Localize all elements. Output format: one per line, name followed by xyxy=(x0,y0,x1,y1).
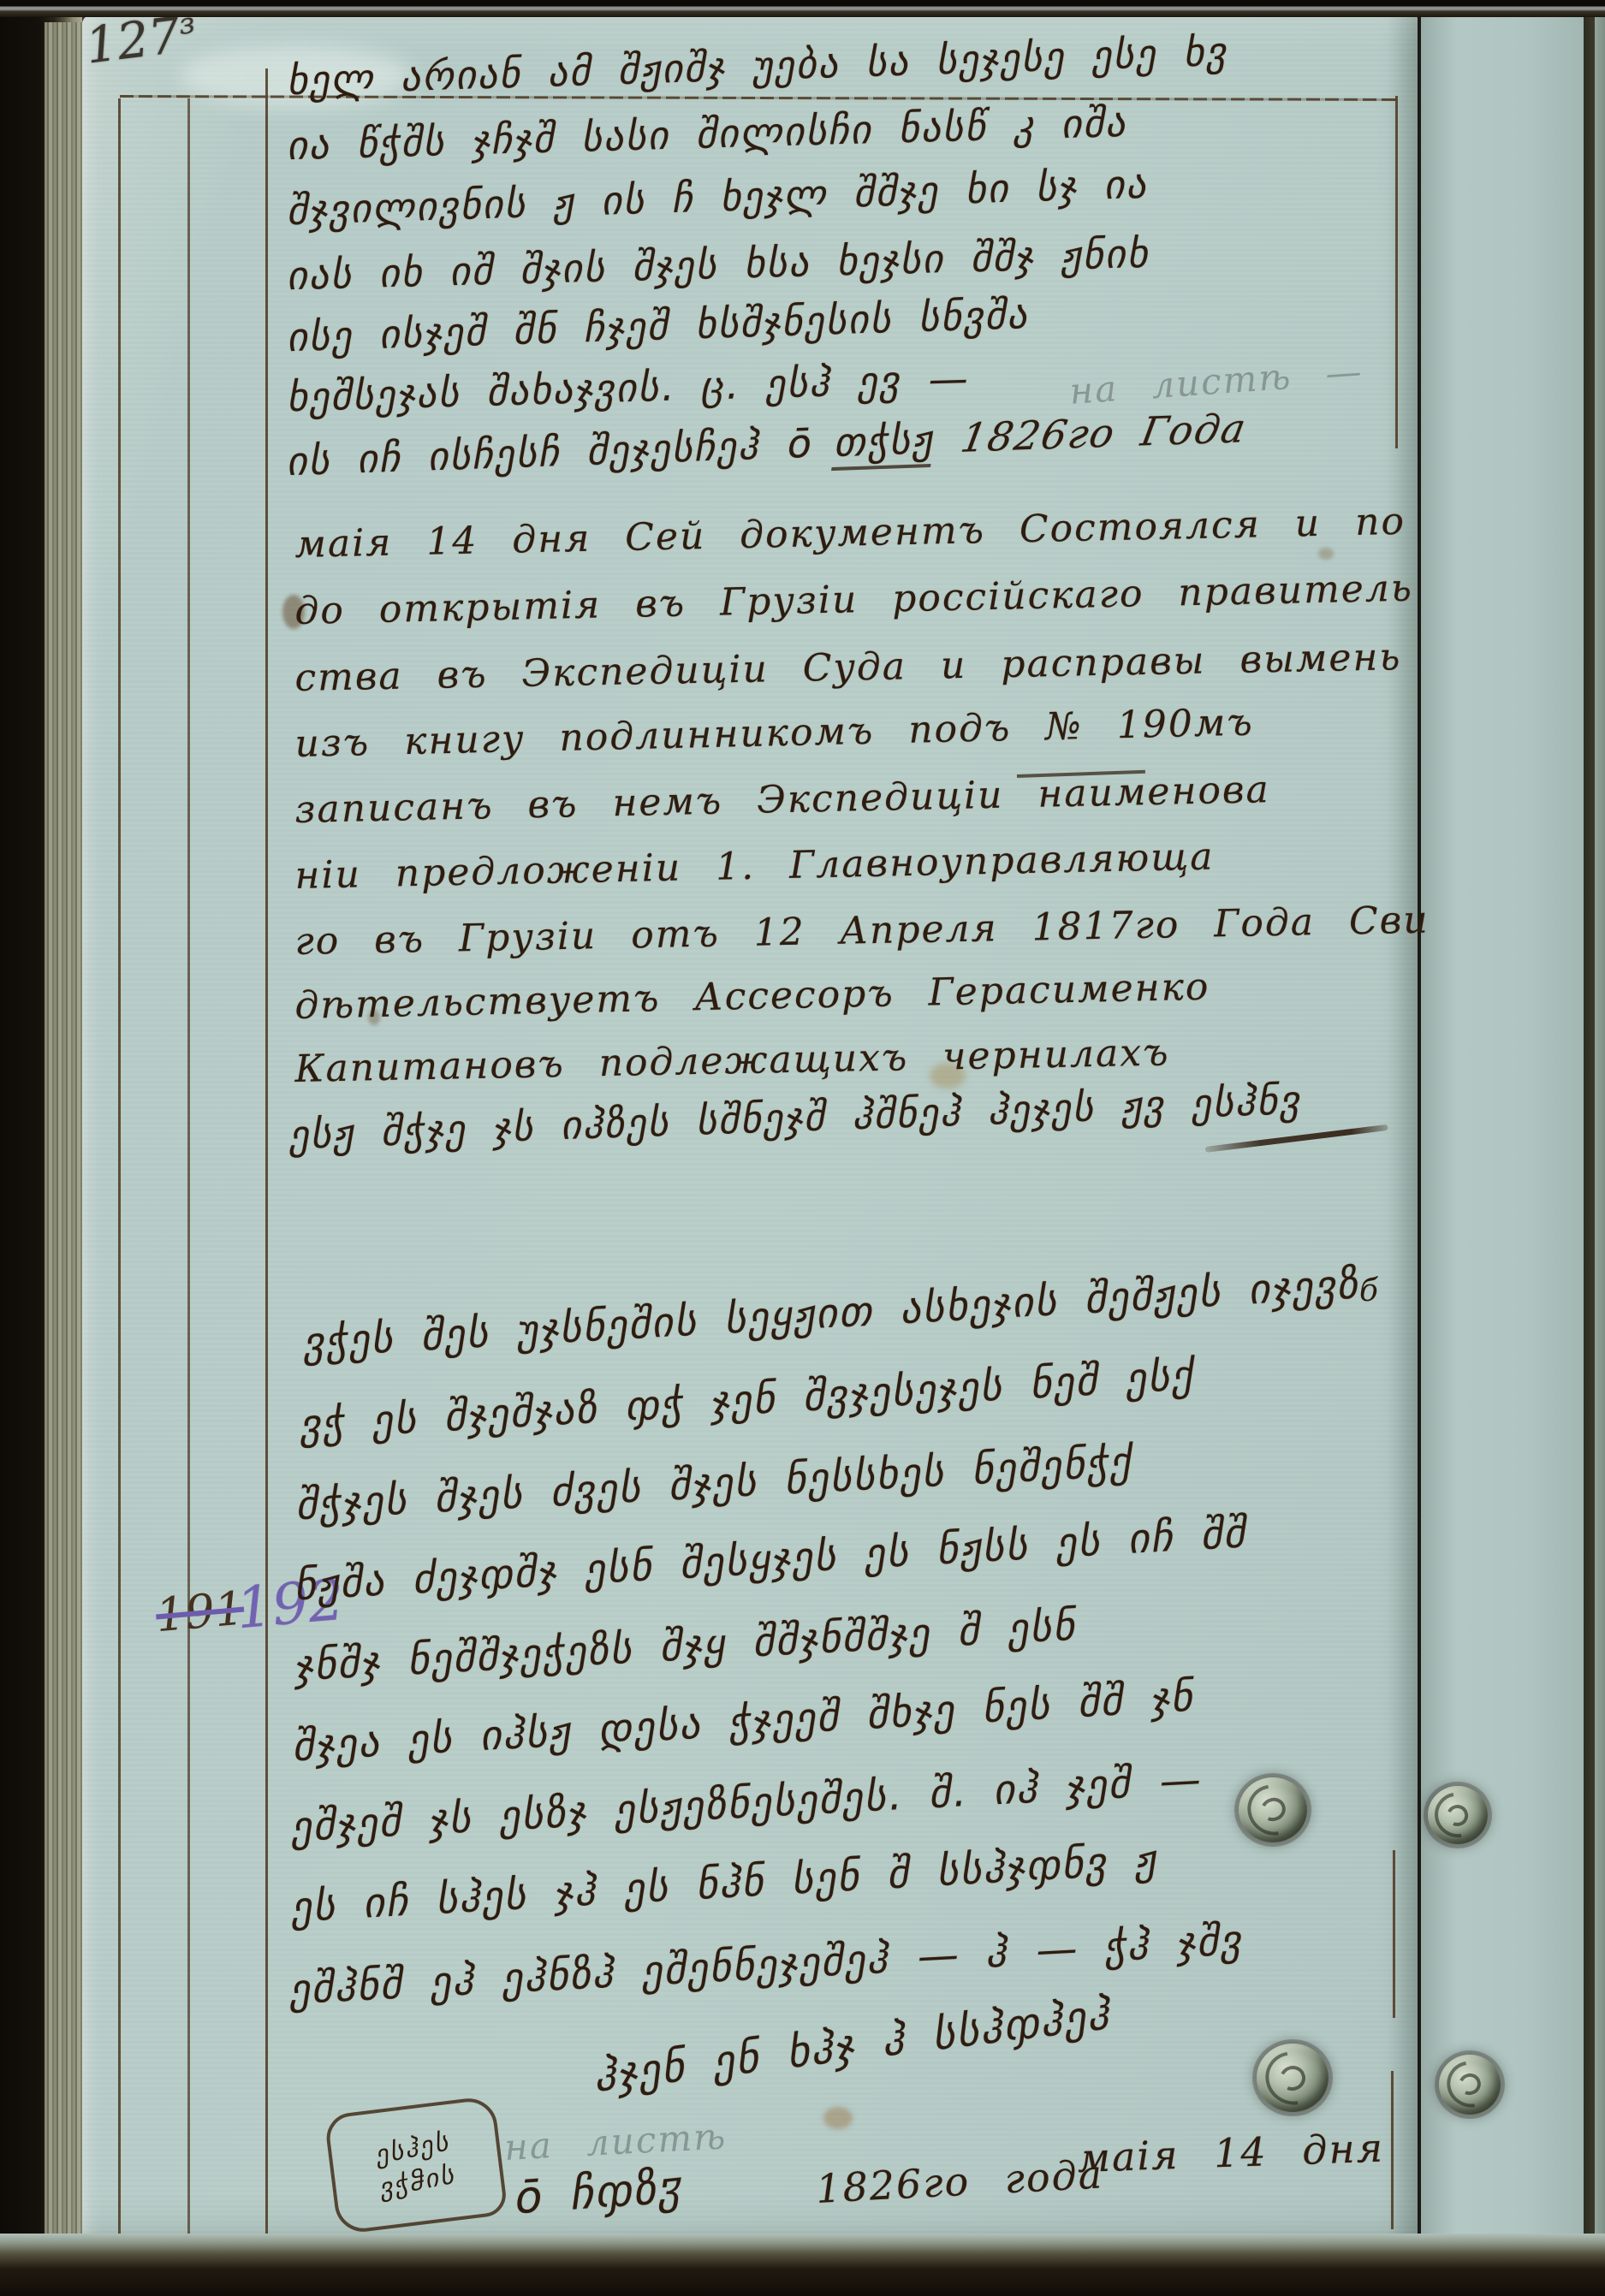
manuscript-scan: 127з ხელ არიან ამ შჟიშჯ უება სა სეჯესე ე… xyxy=(0,0,1605,2296)
margin-line-3 xyxy=(265,68,268,2236)
right-margin-line-mid xyxy=(1393,1850,1395,2018)
margin-line-1 xyxy=(118,98,121,2236)
underlying-page-edge xyxy=(1421,15,1584,2257)
scan-bottom-edge xyxy=(0,2234,1605,2296)
crossed-entry-number: 191 xyxy=(153,1581,246,1643)
scan-top-edge xyxy=(0,0,1605,17)
grommet-bottom-left xyxy=(1257,2044,1329,2112)
right-page-edge-shadow xyxy=(1584,0,1595,2296)
footer-date: маія 14 дня xyxy=(1077,2127,1385,2179)
opening-underlined-word: თჭსჟ xyxy=(831,416,940,471)
margin-line-2 xyxy=(187,98,190,2236)
grommet-top-left xyxy=(1239,1777,1307,1842)
page-edge-stack xyxy=(45,22,87,2264)
margin-superscript-mark: б xyxy=(1359,1273,1378,1308)
outer-page-sliver xyxy=(1595,0,1605,2296)
grommet-top-right xyxy=(1428,1786,1488,1844)
grommet-bottom-right xyxy=(1439,2055,1501,2115)
stamp-box: ესჰეს ვჭჵის xyxy=(324,2095,508,2234)
right-margin-line-top xyxy=(1395,96,1398,448)
right-margin-line-bottom xyxy=(1391,2071,1394,2229)
footer-georgian-fragment: ō ჩჶზჳ xyxy=(512,2163,687,2222)
